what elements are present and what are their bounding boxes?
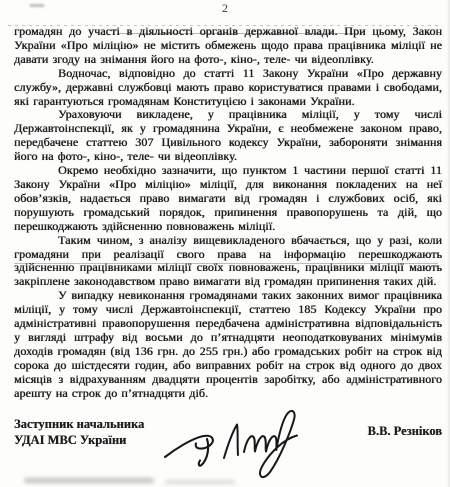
signer-title-line1: Заступник начальника [14,416,144,432]
signer-name: В.В. Резніков [368,424,443,439]
paragraph: Водночас, відповідно до статті 11 Закону… [14,67,442,109]
paragraph: Окремо необхідно зазначити, що пунктом 1… [14,164,442,234]
paragraph: громадян до участі в діяльності органів … [14,25,442,67]
scanned-document-page: 2 громадян до участі в діяльності органі… [0,0,450,487]
signer-title-line2: УДАІ МВС України [14,432,144,448]
handwritten-signature-icon [158,406,304,480]
scan-artifact-smudge [165,480,235,484]
scan-artifact-smudge [24,478,154,483]
paragraph: Таким чином, з аналізу вищевикладеного в… [14,234,442,290]
paragraph: Ураховуючи викладене, у працівника міліц… [14,108,442,164]
document-body: громадян до участі в діяльності органів … [14,25,442,400]
page-number: 2 [0,1,450,16]
signer-title: Заступник начальника УДАІ МВС України [14,416,144,448]
paragraph: У випадку невиконання громадянами таких … [14,289,442,400]
